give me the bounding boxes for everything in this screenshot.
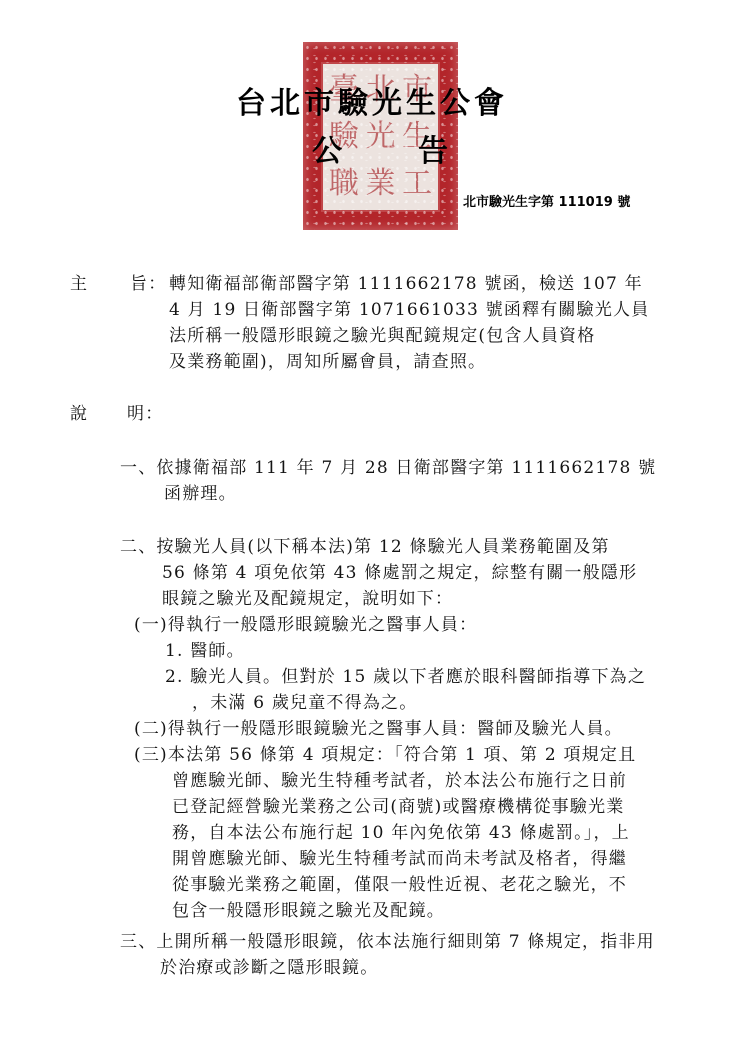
sub-3-line: 務，自本法公布施行起 10 年內免依第 43 條處罰。」，上 xyxy=(172,822,630,844)
subject-line: 法所稱一般隱形眼鏡之驗光與配鏡規定(包含人員資格 xyxy=(169,325,595,347)
explanation-item-2-line: 56 條第 4 項免依第 43 條處罰之規定，綜整有關一般隱形 xyxy=(162,562,637,584)
subject-label-2: 旨： xyxy=(130,273,166,295)
explanation-label-1: 說 xyxy=(70,403,88,425)
sub-3-line: 從事驗光業務之範圍，僅限一般性近視、老花之驗光，不 xyxy=(172,874,627,896)
organization-title: 台北市驗光生公會 xyxy=(236,78,508,122)
sub-heading-2: (二)得執行一般隱形眼鏡驗光之醫事人員：醫師及驗光人員。 xyxy=(134,718,623,740)
subject-line: 轉知衛福部衛部醫字第 1111662178 號函，檢送 107 年 xyxy=(169,273,643,295)
sub-3-line: 開曾應驗光師、驗光生特種考試而尚未考試及格者，得繼 xyxy=(172,848,627,870)
explanation-item-1-line: 一、依據衛福部 111 年 7 月 28 日衛部醫字第 1111662178 號 xyxy=(120,457,656,479)
sub-heading-1: (一)得執行一般隱形眼鏡驗光之醫事人員： xyxy=(134,614,477,636)
sub-point: 2. 驗光人員。但對於 15 歲以下者應於眼科醫師指導下為之 xyxy=(165,666,646,688)
notice-title-right: 告 xyxy=(418,126,448,170)
explanation-label-2: 明： xyxy=(127,403,163,425)
sub-3-line: (三)本法第 56 條第 4 項規定：「符合第 1 項、第 2 項規定且 xyxy=(134,744,636,766)
sub-point: ，未滿 6 歲兒童不得為之。 xyxy=(192,692,417,714)
sub-3-line: 曾應驗光師、驗光生特種考試者，於本法公布施行之日前 xyxy=(172,770,627,792)
explanation-item-2-line: 二、按驗光人員(以下稱本法)第 12 條驗光人員業務範圍及第 xyxy=(120,536,610,558)
document-page: 臺 北 市 驗 光 生 職 業 工 台北市驗光生公會 公 告 北市驗光生字第 1… xyxy=(0,0,739,1049)
seal-glyph: 業 xyxy=(364,162,398,206)
explanation-item-2-line: 眼鏡之驗光及配鏡規定，說明如下： xyxy=(162,588,453,610)
explanation-item-1-line: 函辦理。 xyxy=(164,483,237,505)
explanation-item-3-line: 三、上開所稱一般隱形眼鏡，依本法施行細則第 7 條規定，指非用 xyxy=(120,931,655,953)
subject-line: 及業務範圍)，周知所屬會員，請查照。 xyxy=(169,351,486,373)
notice-title-left: 公 xyxy=(312,126,342,170)
document-number: 北市驗光生字第 111019 號 xyxy=(463,191,630,210)
subject-label-1: 主 xyxy=(70,273,88,295)
explanation-item-3-line: 於治療或診斷之隱形眼鏡。 xyxy=(160,957,378,979)
sub-3-line: 已登記經營驗光業務之公司(商號)或醫療機構從事驗光業 xyxy=(172,796,624,818)
subject-line: 4 月 19 日衛部醫字第 1071661033 號函釋有關驗光人員 xyxy=(169,299,649,321)
sub-point: 1. 醫師。 xyxy=(165,640,245,662)
sub-3-line: 包含一般隱形眼鏡之驗光及配鏡。 xyxy=(172,900,445,922)
